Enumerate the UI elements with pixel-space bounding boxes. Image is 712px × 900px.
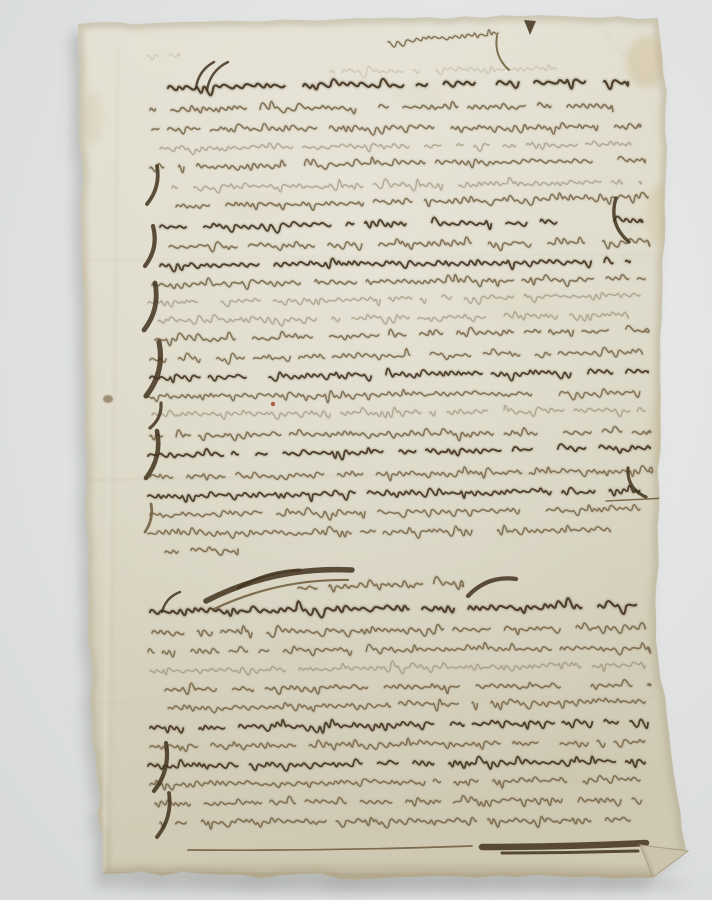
manuscript-photo [0,0,712,900]
paper-group [58,15,690,880]
photograph [0,0,712,900]
ink-speck [271,402,275,406]
stain [103,395,113,403]
stain [82,92,102,144]
stain [626,36,666,88]
